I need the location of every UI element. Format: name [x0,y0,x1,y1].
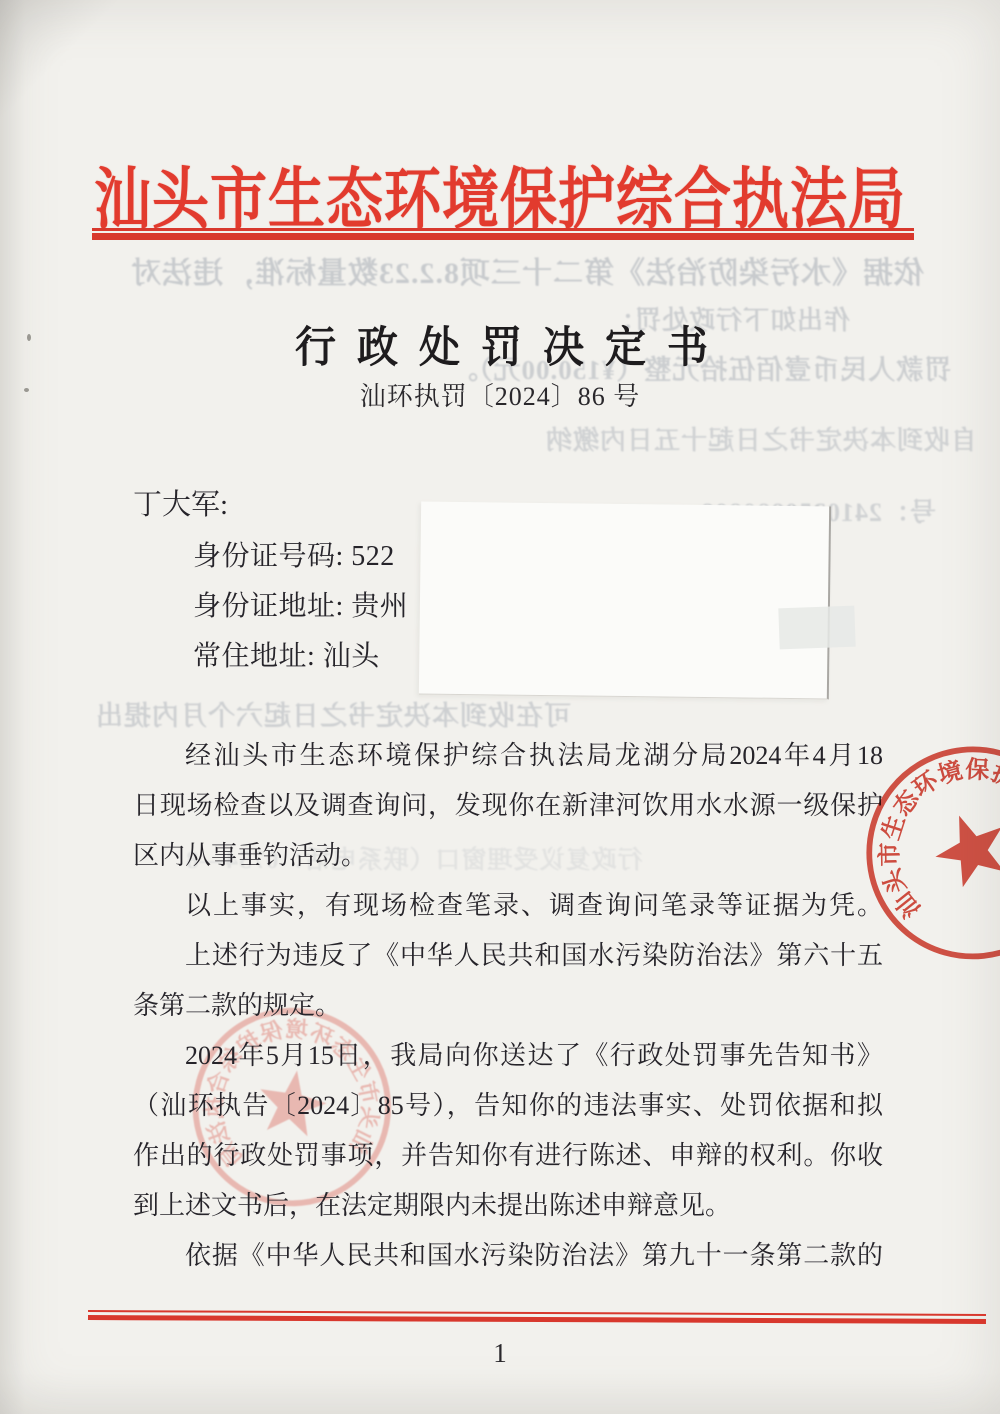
id-number-value: 522 [351,541,395,572]
redaction-tape-mark [778,606,855,650]
svg-text:汕头市生态环境保护综合执法局: 汕头市生态环境保护综合执法局 [866,745,1000,924]
residence-label: 常住地址: [193,641,323,672]
body-line: 以上事实，有现场检查笔录、调查询问笔录等证据为凭。 [133,881,883,931]
body-line: 2024年5月15日，我局向你送达了《行政处罚事先告知书》 [133,1031,883,1081]
document-title: 行政处罚决定书 [12,312,1000,375]
id-address-label: 身份证地址: [193,591,351,622]
id-address-row: 身份证地址: 贵州 [193,584,408,624]
document-number: 汕环执罚〔2024〕86 号 [0,376,1000,413]
bleed-through-text: 自收到本决定书之日起十五日内缴纳 [545,420,977,457]
id-number-label: 身份证号码: [193,541,351,572]
redaction-patch [419,502,831,700]
id-number-row: 身份证号码: 522 [193,534,395,574]
recipient-name: 丁大军: [133,482,228,523]
body-line: （汕环执告〔2024〕85号），告知你的违法事实、处罚依据和拟 [133,1081,883,1131]
seal-ring-text: 汕头市生态环境保护综合执法局 [866,745,1000,924]
body-line: 作出的行政处罚事项，并告知你有进行陈述、申辩的权利。你收 [133,1131,883,1181]
body-line: 依据《中华人民共和国水污染防治法》第九十一条第二款的 [133,1231,883,1281]
id-address-value: 贵州 [351,591,408,622]
header-rule [92,228,914,240]
seal-star-icon [931,811,1000,889]
body-line: 条第二款的规定。 [133,981,883,1031]
body-line: 区内从事垂钓活动。 [133,831,883,881]
body-line: 到上述文书后，在法定期限内未提出陈述申辩意见。 [133,1181,883,1231]
bleed-through-text: 可在收到本决定书之日起六个月内提出 [95,694,571,733]
residence-row: 常住地址: 汕头 [193,634,380,674]
body-line: 经汕头市生态环境保护综合执法局龙湖分局2024年4月18 [133,731,883,781]
bleed-through-text: 依据《水污染防治法》第二十三项8.2.23数量标准，违法对 [130,248,924,292]
body-text: 经汕头市生态环境保护综合执法局龙湖分局2024年4月18日现场检查以及调查询问，… [133,731,883,1281]
body-line: 日现场检查以及调查询问，发现你在新津河饮用水水源一级保护 [133,781,883,831]
page-number: 1 [0,1338,1000,1369]
body-line: 上述行为违反了《中华人民共和国水污染防治法》第六十五 [133,931,883,981]
document-page: 依据《水污染防治法》第二十三项8.2.23数量标准，违法对作出如下行政处罚：罚款… [0,0,1000,1414]
residence-value: 汕头 [323,641,380,672]
footer-rule [88,1310,986,1323]
